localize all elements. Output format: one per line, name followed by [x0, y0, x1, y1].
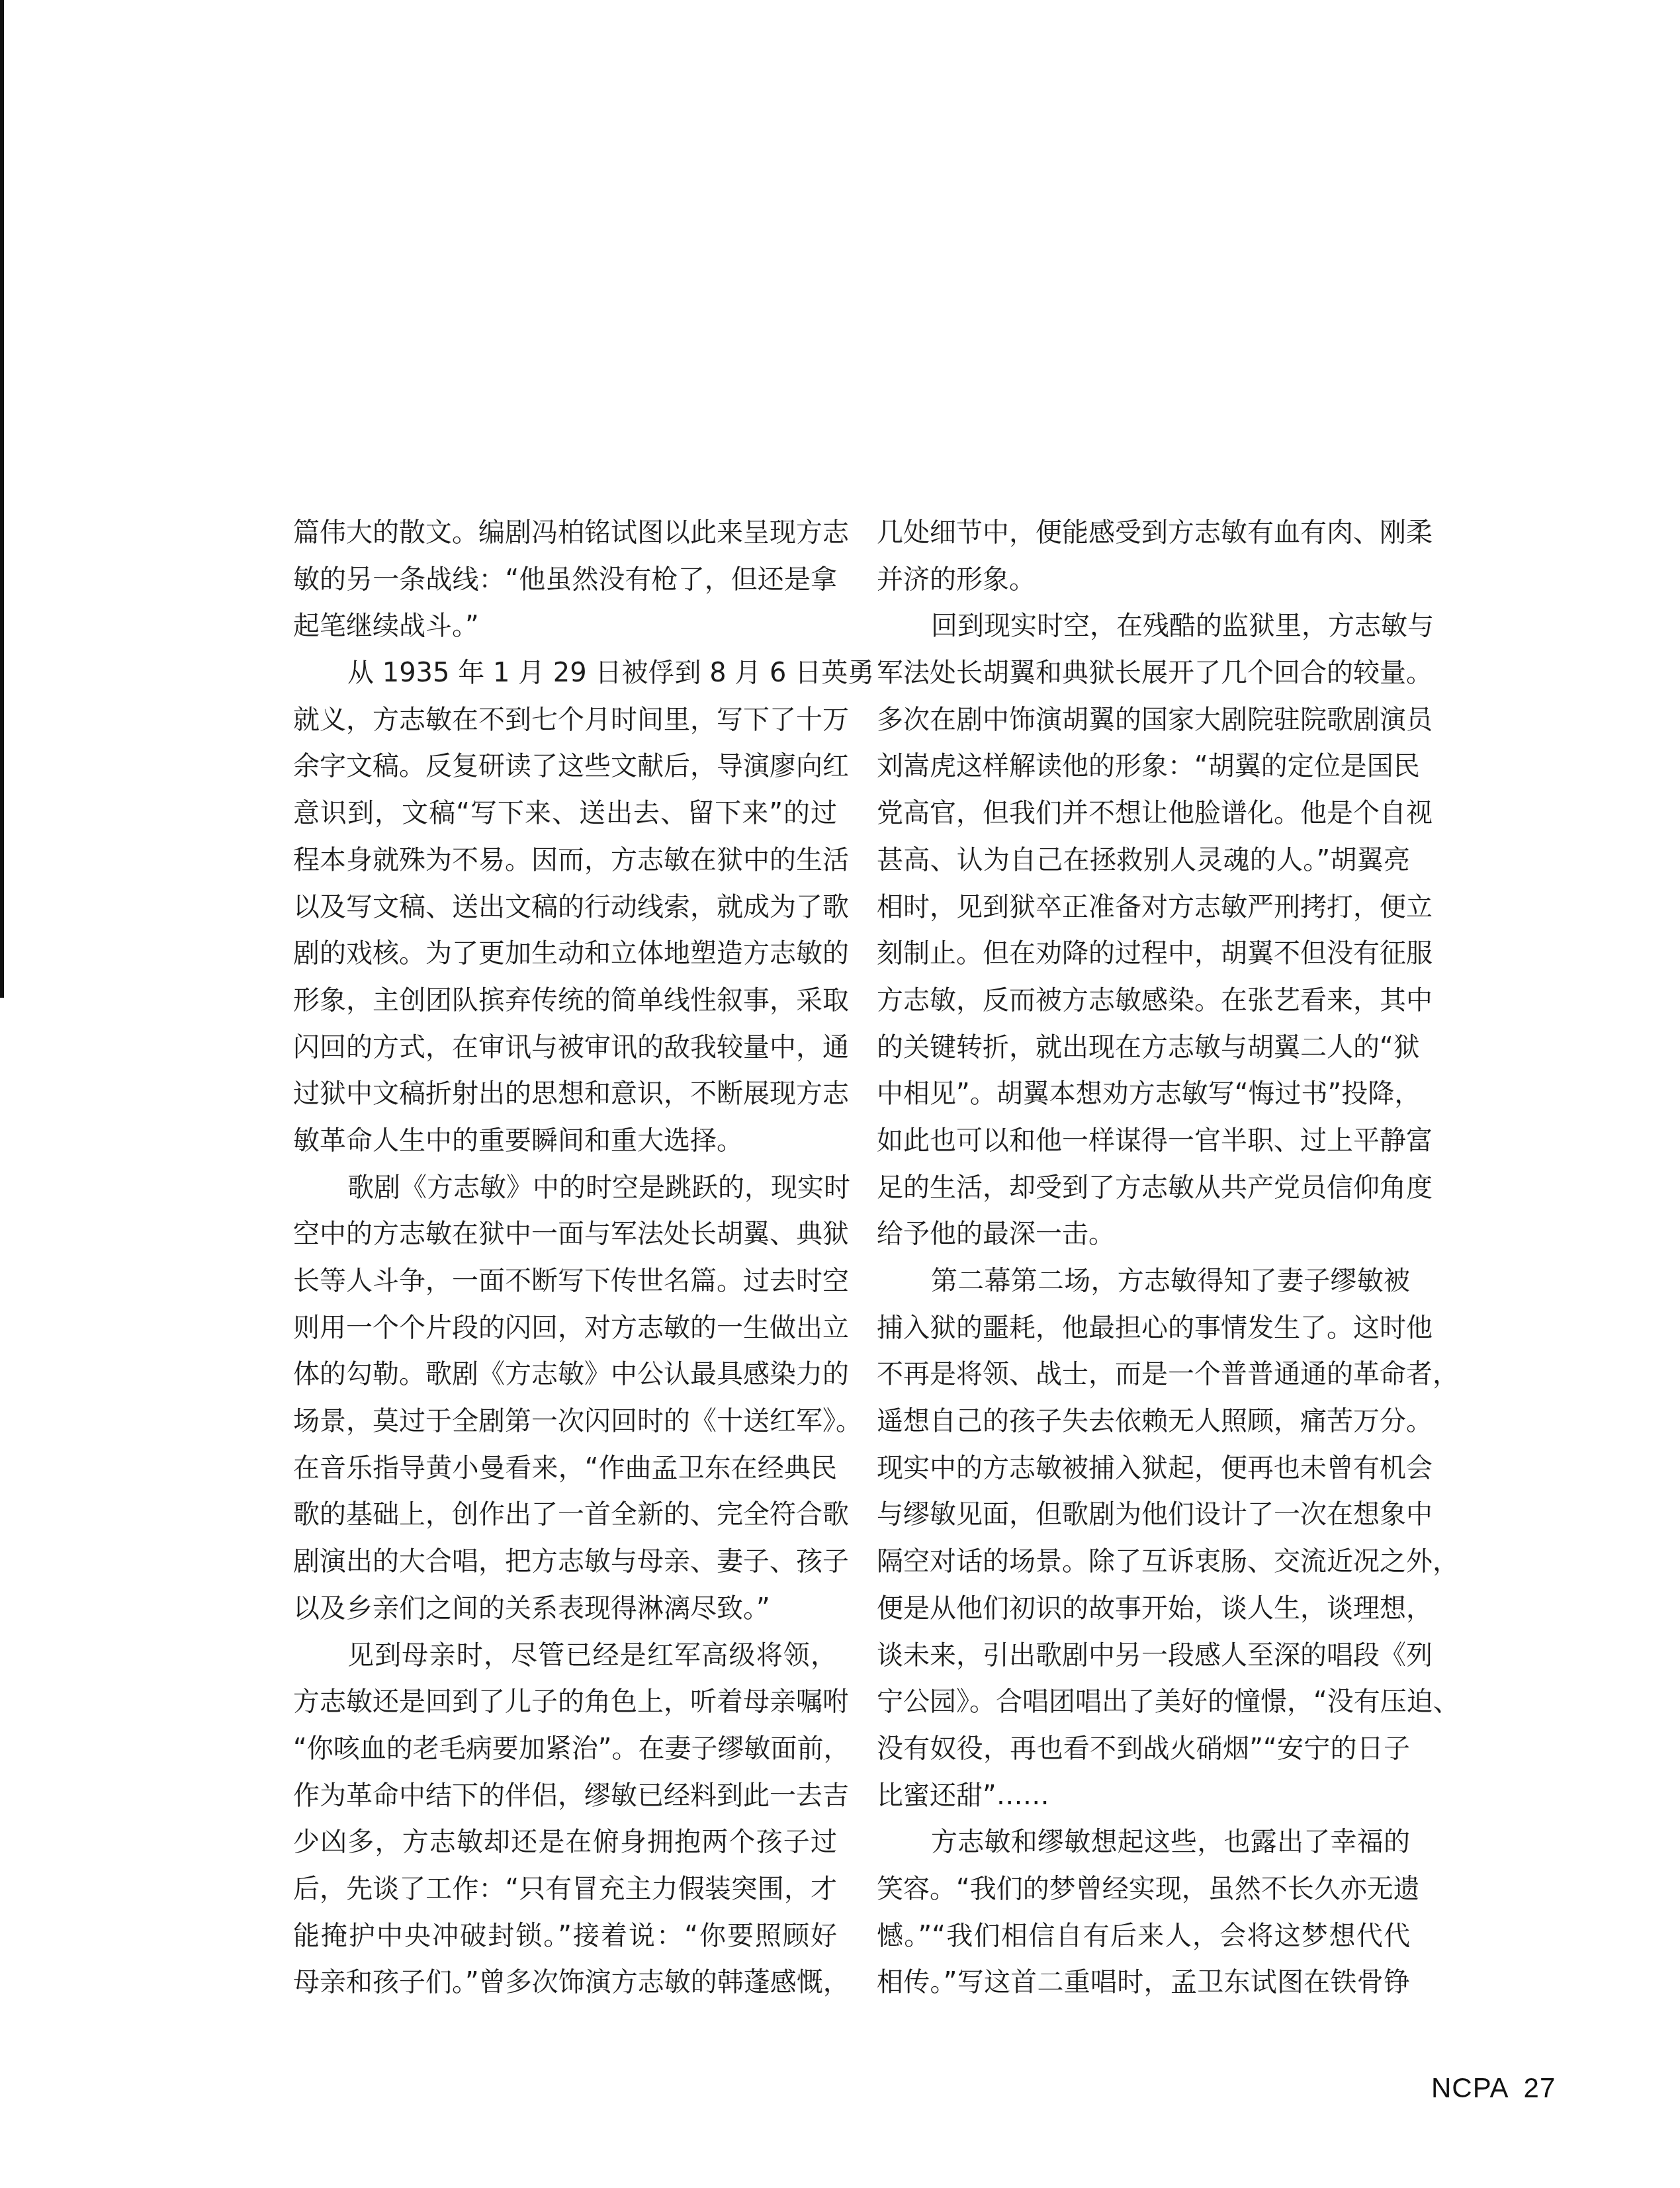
- text-line: 长等人斗争，一面不断写下传世名篇。过去时空: [293, 1264, 837, 1311]
- text-line: 憾。”“我们相信自有后来人，会将这梦想代代: [877, 1919, 1410, 1966]
- text-line: 回到现实时空，在残酷的监狱里，方志敏与: [877, 609, 1410, 656]
- text-line: 从 1935 年 1 月 29 日被俘到 8 月 6 日英勇: [293, 656, 837, 703]
- text-line: 敏革命人生中的重要瞬间和重大选择。: [293, 1124, 837, 1171]
- text-line: 在音乐指导黄小曼看来，“作曲孟卫东在经典民: [293, 1452, 837, 1499]
- text-line: 足的生活，却受到了方志敏从共产党员信仰角度: [877, 1171, 1410, 1218]
- text-line: 并济的形象。: [877, 563, 1410, 610]
- text-line: 歌剧《方志敏》中的时空是跳跃的，现实时: [293, 1171, 837, 1218]
- text-line: 过狱中文稿折射出的思想和意识，不断展现方志: [293, 1077, 837, 1124]
- text-line: 后，先谈了工作：“只有冒充主力假装突围，才: [293, 1872, 837, 1919]
- text-line: 给予他的最深一击。: [877, 1217, 1410, 1264]
- text-line: 便是从他们初识的故事开始，谈人生，谈理想，: [877, 1592, 1410, 1639]
- text-line: 不再是将领、战士，而是一个普普通通的革命者，: [877, 1358, 1410, 1405]
- article-column-right: 几处细节中，便能感受到方志敏有血有肉、刚柔并济的形象。回到现实时空，在残酷的监狱…: [877, 516, 1410, 2013]
- article-column-left: 篇伟大的散文。编剧冯柏铭试图以此来呈现方志敏的另一条战线：“他虽然没有枪了，但还…: [293, 516, 837, 2013]
- text-line: 刘嵩虎这样解读他的形象：“胡翼的定位是国民: [877, 750, 1410, 797]
- publication-name: NCPA: [1431, 2072, 1509, 2103]
- text-line: 剧演出的大合唱，把方志敏与母亲、妻子、孩子: [293, 1545, 837, 1592]
- text-line: 军法处长胡翼和典狱长展开了几个回合的较量。: [877, 656, 1410, 703]
- text-line: 第二幕第二场，方志敏得知了妻子缪敏被: [877, 1264, 1410, 1311]
- text-line: 能掩护中央冲破封锁。”接着说：“你要照顾好: [293, 1919, 837, 1966]
- text-line: 歌的基础上，创作出了一首全新的、完全符合歌: [293, 1498, 837, 1545]
- text-line: 方志敏和缪敏想起这些，也露出了幸福的: [877, 1825, 1410, 1872]
- text-line: 程本身就殊为不易。因而，方志敏在狱中的生活: [293, 844, 837, 891]
- text-line: 体的勾勒。歌剧《方志敏》中公认最具感染力的: [293, 1358, 837, 1405]
- text-line: 相传。”写这首二重唱时，孟卫东试图在铁骨铮: [877, 1966, 1410, 2013]
- text-line: 起笔继续战斗。”: [293, 609, 837, 656]
- text-line: 刻制止。但在劝降的过程中，胡翼不但没有征服: [877, 937, 1410, 984]
- text-line: 敏的另一条战线：“他虽然没有枪了，但还是拿: [293, 563, 837, 610]
- text-line: 几处细节中，便能感受到方志敏有血有肉、刚柔: [877, 516, 1410, 563]
- text-line: 捕入狱的噩耗，他最担心的事情发生了。这时他: [877, 1311, 1410, 1358]
- text-line: 少凶多，方志敏却还是在俯身拥抱两个孩子过: [293, 1825, 837, 1872]
- text-line: 则用一个个片段的闪回，对方志敏的一生做出立: [293, 1311, 837, 1358]
- text-line: 空中的方志敏在狱中一面与军法处长胡翼、典狱: [293, 1217, 837, 1264]
- text-line: 笑容。“我们的梦曾经实现，虽然不长久亦无遗: [877, 1872, 1410, 1919]
- text-line: 就义，方志敏在不到七个月时间里，写下了十万: [293, 703, 837, 750]
- text-line: 见到母亲时，尽管已经是红军高级将领，: [293, 1639, 837, 1686]
- text-line: 以及乡亲们之间的关系表现得淋漓尽致。”: [293, 1592, 837, 1639]
- text-line: 现实中的方志敏被捕入狱起，便再也未曾有机会: [877, 1452, 1410, 1499]
- text-line: 闪回的方式，在审讯与被审讯的敌我较量中，通: [293, 1031, 837, 1078]
- text-line: 比蜜还甜”……: [877, 1779, 1410, 1826]
- text-line: 意识到，文稿“写下来、送出去、留下来”的过: [293, 797, 837, 844]
- text-line: 方志敏，反而被方志敏感染。在张艺看来，其中: [877, 984, 1410, 1031]
- text-line: 甚高、认为自己在拯救别人灵魂的人。”胡翼亮: [877, 844, 1410, 891]
- text-line: 相时，见到狱卒正准备对方志敏严刑拷打，便立: [877, 891, 1410, 938]
- text-line: 的关键转折，就出现在方志敏与胡翼二人的“狱: [877, 1031, 1410, 1078]
- text-line: 党高官，但我们并不想让他脸谱化。他是个自视: [877, 797, 1410, 844]
- text-line: 作为革命中结下的伴侣，缪敏已经料到此一去吉: [293, 1779, 837, 1826]
- text-line: 多次在剧中饰演胡翼的国家大剧院驻院歌剧演员: [877, 703, 1410, 750]
- page-edge-bar: [0, 0, 4, 998]
- text-line: 以及写文稿、送出文稿的行动线索，就成为了歌: [293, 891, 837, 938]
- text-line: 形象，主创团队摈弃传统的简单线性叙事，采取: [293, 984, 837, 1031]
- page-number: 27: [1524, 2072, 1556, 2103]
- text-line: 场景，莫过于全剧第一次闪回时的《十送红军》。: [293, 1405, 837, 1452]
- text-line: 剧的戏核。为了更加生动和立体地塑造方志敏的: [293, 937, 837, 984]
- text-line: 中相见”。胡翼本想劝方志敏写“悔过书”投降，: [877, 1077, 1410, 1124]
- page-footer: NCPA27: [1431, 2072, 1556, 2104]
- text-line: 母亲和孩子们。”曾多次饰演方志敏的韩蓬感慨，: [293, 1966, 837, 2013]
- text-line: 如此也可以和他一样谋得一官半职、过上平静富: [877, 1124, 1410, 1171]
- text-line: 宁公园》。合唱团唱出了美好的憧憬，“没有压迫、: [877, 1685, 1410, 1732]
- text-line: 与缪敏见面，但歌剧为他们设计了一次在想象中: [877, 1498, 1410, 1545]
- text-line: 遥想自己的孩子失去依赖无人照顾，痛苦万分。: [877, 1405, 1410, 1452]
- text-line: 谈未来，引出歌剧中另一段感人至深的唱段《列: [877, 1639, 1410, 1686]
- text-line: 篇伟大的散文。编剧冯柏铭试图以此来呈现方志: [293, 516, 837, 563]
- text-line: “你咳血的老毛病要加紧治”。在妻子缪敏面前，: [293, 1732, 837, 1779]
- text-line: 方志敏还是回到了儿子的角色上，听着母亲嘱咐: [293, 1685, 837, 1732]
- text-line: 没有奴役，再也看不到战火硝烟”“安宁的日子: [877, 1732, 1410, 1779]
- text-line: 余字文稿。反复研读了这些文献后，导演廖向红: [293, 750, 837, 797]
- text-line: 隔空对话的场景。除了互诉衷肠、交流近况之外，: [877, 1545, 1410, 1592]
